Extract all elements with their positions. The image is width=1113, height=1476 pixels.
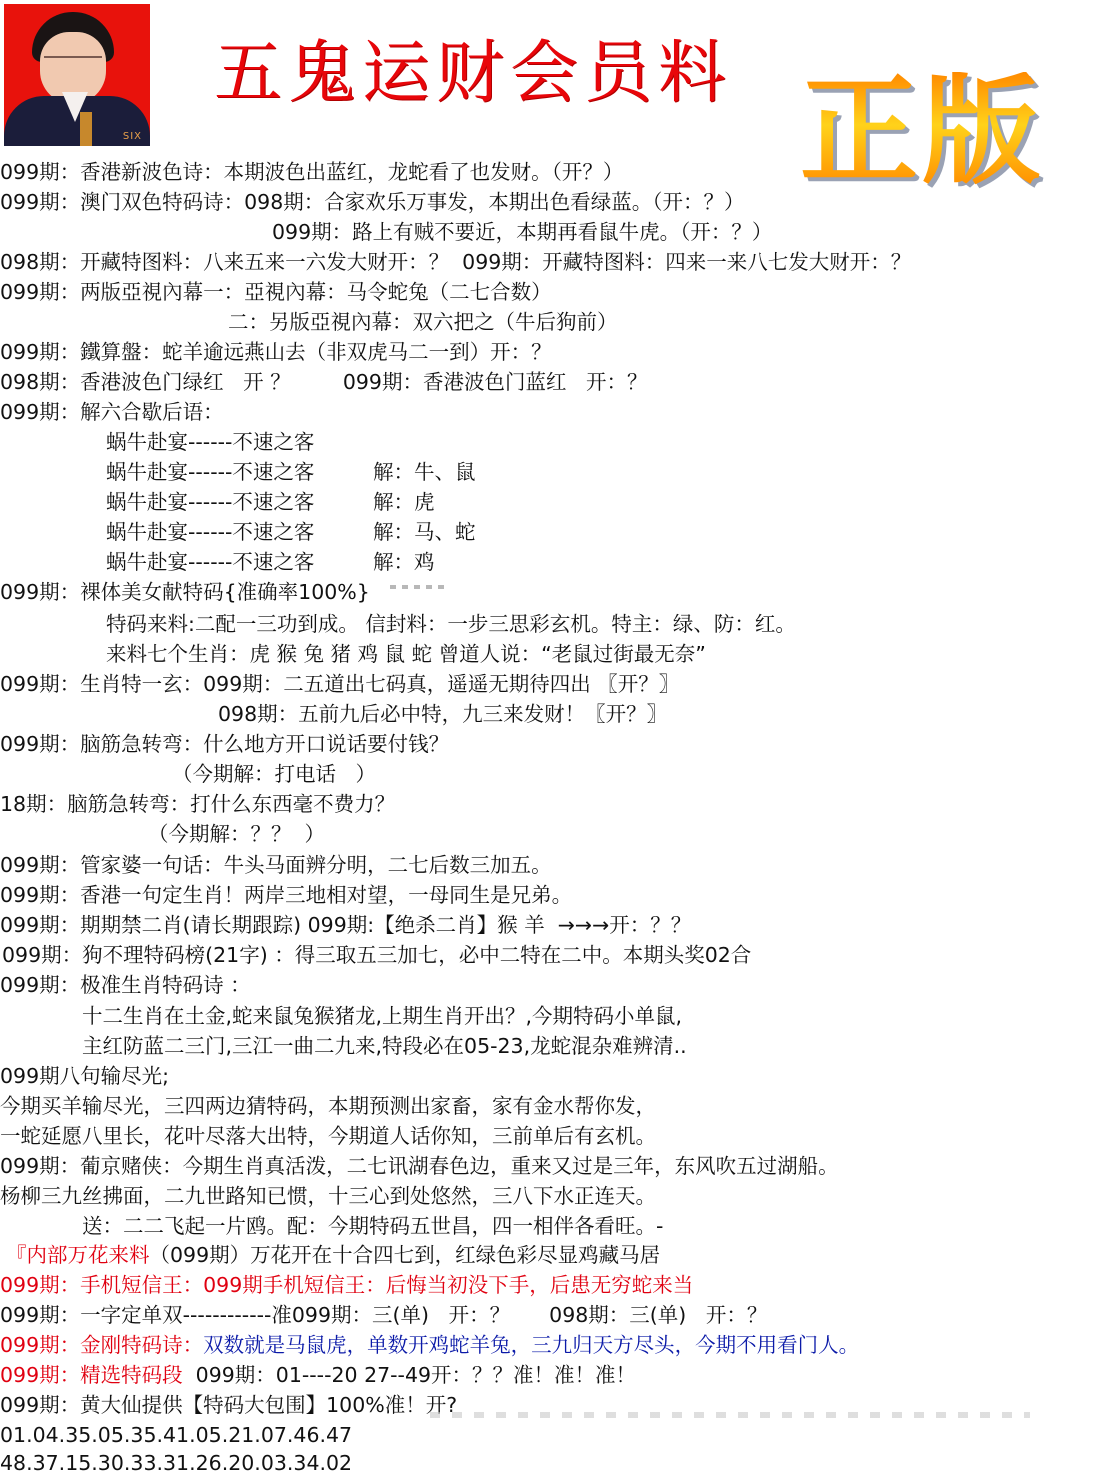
line-riddle-1-answer: （今期解：打电话 ） <box>172 761 376 787</box>
line-zodiac-mystery: 099期：生肖特一玄：099期：二五道出七码真，遥遥无期待四出 〖开？〗 <box>0 671 679 697</box>
line-eight-sentences: 099期八句输尽光; <box>0 1063 169 1089</box>
selected-range-label: 099期：精选特码段 <box>0 1363 183 1387</box>
line-zodiac-poem-header: 099期：极准生肖特码诗 ： <box>0 972 251 998</box>
line-numbers-1: 01.04.35.05.35.41.05.21.07.46.47 <box>0 1422 352 1448</box>
line-gambler-3: 送：二二飞起一片鸥。配：今期特码五世昌，四一相伴各看旺。- <box>82 1213 663 1239</box>
line-xiehouyu-header: 099期：解六合歇后语： <box>0 399 224 425</box>
line-goubuli: 099期：狗不理特码榜(21字) ：得三取五三加七，必中二特在二中。本期头奖02… <box>2 942 751 968</box>
line-gambler-2: 杨柳三九丝拂面，二九世路知已惯，十三心到处悠然，三八下水正连天。 <box>0 1183 656 1209</box>
line-odd-even: 099期：一字定单双------------准099期：三(单) 开：？ 098… <box>0 1302 767 1328</box>
selected-range-text: 099期：01----20 27--49开：？？准！准！准！ <box>183 1363 636 1387</box>
line-wanhua: 『内部万花来料（099期）万花开在十合四七到，红绿色彩尽显鸡藏马居 <box>6 1242 660 1268</box>
line-riddle-1: 099期：脑筋急转弯：什么地方开口说话要付钱？ <box>0 731 449 757</box>
line-eight-sentences-1: 今期买羊输尽光，三四两边猜特码，本期预测出家畜，家有金水帮你发， <box>0 1093 656 1119</box>
line-zodiac-poem-1: 十二生肖在土金,蛇来鼠兔猴猪龙,上期生肖开出？,今期特码小单鼠, <box>82 1003 682 1029</box>
line-atv-insider-2: 二：另版亞視內幕：双六把之（牛后狗前） <box>228 309 618 335</box>
line-riddle-2-answer: （今期解：？？ ） <box>148 821 325 847</box>
page-title: 五鬼运财会员料 <box>214 40 732 108</box>
line-zodiac-poem-2: 主红防蓝二三门,三江一曲二九来,特段必在05-23,龙蛇混杂难辨清.. <box>82 1033 687 1059</box>
line-atv-insider-1: 099期：两版亞視內幕一：亞視內幕：马令蛇兔（二七合数） <box>0 279 552 305</box>
line-xiehouyu-3: 蜗牛赴宴------不速之客 解：虎 <box>106 489 435 515</box>
authentic-stamp: 正版 <box>800 72 1044 190</box>
line-housekeeper: 099期：管家婆一句话：牛头马面辨分明，二七后数三加五。 <box>0 852 552 878</box>
line-macau-poem: 099期：澳门双色特码诗：098期：合家欢乐万事发，本期出色看绿蓝。（开：？） <box>0 189 745 215</box>
line-hk-wave-poem: 099期：香港新波色诗：本期波色出蓝红，龙蛇看了也发财。（开？） <box>0 159 623 185</box>
line-sms-king: 099期：手机短信王：099期手机短信王：后悔当初没下手，后患无穷蛇来当 <box>0 1272 693 1298</box>
line-iron-abacus: 099期：鐵算盤：蛇羊逾远燕山去（非双虎马二一到）开：？ <box>0 339 552 365</box>
line-hk-zodiac: 099期：香港一句定生肖！两岸三地相对望，一母同生是兄弟。 <box>0 882 572 908</box>
line-banned-zodiacs: 099期：期期禁二肖(请长期跟踪) 099期:【绝杀二肖】猴 羊 →→→开：？？ <box>0 912 691 938</box>
line-riddle-2: 18期：脑筋急转弯：打什么东西毫不费力？ <box>0 791 395 817</box>
wanhua-label: 『内部万花来料 <box>6 1243 150 1267</box>
line-code-source: 特码来料:二配一三功到成。 信封料：一步三思彩玄机。特主：绿、防：红。 <box>106 611 796 637</box>
line-xiehouyu-2: 蜗牛赴宴------不速之客 解：牛、鼠 <box>106 459 476 485</box>
faint-overlay-text <box>430 1412 1030 1418</box>
vajra-label: 099期：金刚特码诗： <box>0 1333 203 1357</box>
photo-watermark: SIX <box>123 131 142 142</box>
line-selected-range: 099期：精选特码段 099期：01----20 27--49开：？？准！准！准… <box>0 1362 636 1388</box>
photo-glasses <box>44 56 102 66</box>
line-gambler: 099期：葡京赌侠：今期生肖真活泼，二七讯湖春色边，重来又过是三年，东风吹五过湖… <box>0 1153 839 1179</box>
line-xiehouyu-1: 蜗牛赴宴------不速之客 <box>106 429 314 455</box>
photo-tie <box>80 112 92 146</box>
line-seven-zodiacs: 来料七个生肖：虎 猴 兔 猪 鸡 鼠 蛇 曾道人说：“老鼠过街最无奈” <box>106 641 706 667</box>
line-xiehouyu-5: 蜗牛赴宴------不速之客 解：鸡 <box>106 549 435 575</box>
line-numbers-2: 48.37.15.30.33.31.26.20.03.34.02 <box>0 1450 352 1476</box>
line-eight-sentences-2: 一蛇延愿八里长，花叶尽落大出特，今期道人话你知，三前单后有玄机。 <box>0 1123 656 1149</box>
wanhua-text: （099期）万花开在十合四七到，红绿色彩尽显鸡藏马居 <box>150 1243 661 1267</box>
line-huang-daxian: 099期：黄大仙提供【特码大包围】100%准！开? <box>0 1392 457 1418</box>
line-zodiac-mystery-098: 098期：五前九后必中特，九三来发财！〖开？〗 <box>218 701 667 727</box>
line-special-code: 099期：裸体美女献特码{准确率100%} <box>0 579 370 605</box>
line-hidden-chart: 098期：开藏特图料：八来五来一六发大财开：？ 099期：开藏特图料：四来一来八… <box>0 249 911 275</box>
line-macau-poem-099: 099期：路上有贼不要近，本期再看鼠牛虎。（开：？） <box>272 219 772 245</box>
line-vajra-poem: 099期：金刚特码诗：双数就是马鼠虎，单数开鸡蛇羊兔，三九归天方尽头，今期不用看… <box>0 1332 859 1358</box>
vajra-text: 双数就是马鼠虎，单数开鸡蛇羊兔，三九归天方尽头，今期不用看门人。 <box>203 1333 859 1357</box>
profile-photo: SIX <box>4 4 150 146</box>
faint-mark <box>390 585 450 589</box>
line-xiehouyu-4: 蜗牛赴宴------不速之客 解：马、蛇 <box>106 519 476 545</box>
line-hk-wave-door: 098期：香港波色门绿红 开 ？ 099期：香港波色门蓝红 开：？ <box>0 369 648 395</box>
